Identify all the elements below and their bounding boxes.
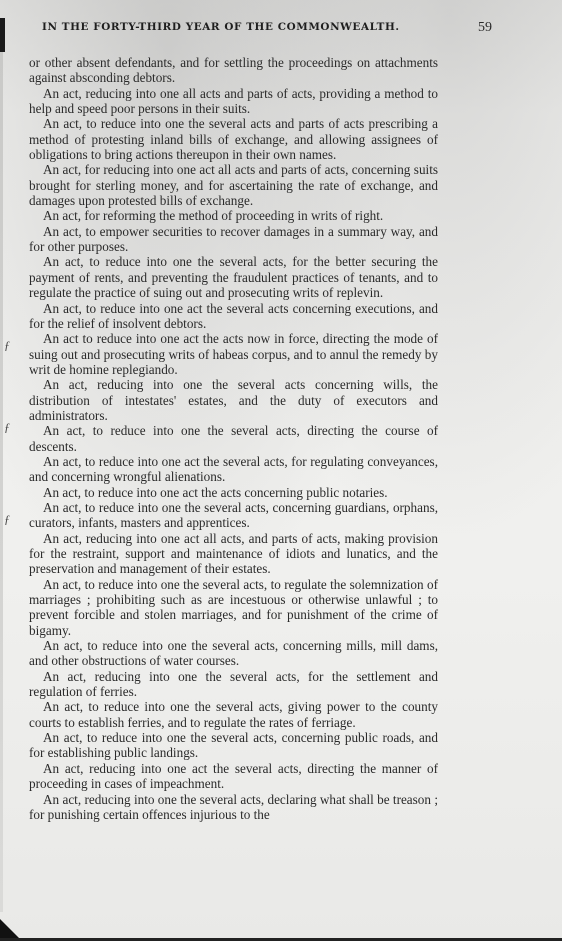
act-paragraph: An act, reducing into one all acts and p… (29, 86, 438, 117)
body-text: or other absent defendants, and for sett… (29, 55, 438, 822)
binding-shadow (0, 18, 5, 52)
running-header: IN THE FORTY-THIRD YEAR OF THE COMMONWEA… (42, 21, 482, 33)
act-paragraph: An act, reducing into one act all acts, … (29, 531, 438, 577)
act-paragraph: An act, to reduce into one the several a… (29, 500, 438, 531)
act-paragraph: or other absent defendants, and for sett… (29, 55, 438, 86)
act-paragraph: An act, for reforming the method of proc… (29, 208, 438, 223)
margin-annotation-mark: ƒ (4, 512, 10, 527)
act-paragraph: An act to reduce into one act the acts n… (29, 331, 438, 377)
margin-annotation-mark: ƒ (4, 420, 10, 435)
page-edge (0, 52, 3, 912)
act-paragraph: An act, to reduce into one the several a… (29, 699, 438, 730)
act-paragraph: An act, for reducing into one act all ac… (29, 162, 438, 208)
act-paragraph: An act, to reduce into one the several a… (29, 638, 438, 669)
page-number: 59 (478, 20, 492, 36)
margin-annotation-mark: ƒ (4, 338, 10, 353)
act-paragraph: An act, to reduce into one the several a… (29, 423, 438, 454)
act-paragraph: An act, reducing into one the several ac… (29, 669, 438, 700)
act-paragraph: An act, to reduce into one act the sever… (29, 301, 438, 332)
act-paragraph: An act, to reduce into one act the sever… (29, 454, 438, 485)
act-paragraph: An act, to empower securities to recover… (29, 224, 438, 255)
act-paragraph: An act, reducing into one the several ac… (29, 792, 438, 823)
act-paragraph: An act, to reduce into one act the acts … (29, 485, 438, 500)
act-paragraph: An act, to reduce into one the several a… (29, 254, 438, 300)
act-paragraph: An act, to reduce into one the several a… (29, 116, 438, 162)
scanned-page: IN THE FORTY-THIRD YEAR OF THE COMMONWEA… (0, 0, 562, 941)
act-paragraph: An act, to reduce into one the several a… (29, 577, 438, 638)
act-paragraph: An act, reducing into one act the severa… (29, 761, 438, 792)
act-paragraph: An act, reducing into one the several ac… (29, 377, 438, 423)
act-paragraph: An act, to reduce into one the several a… (29, 730, 438, 761)
